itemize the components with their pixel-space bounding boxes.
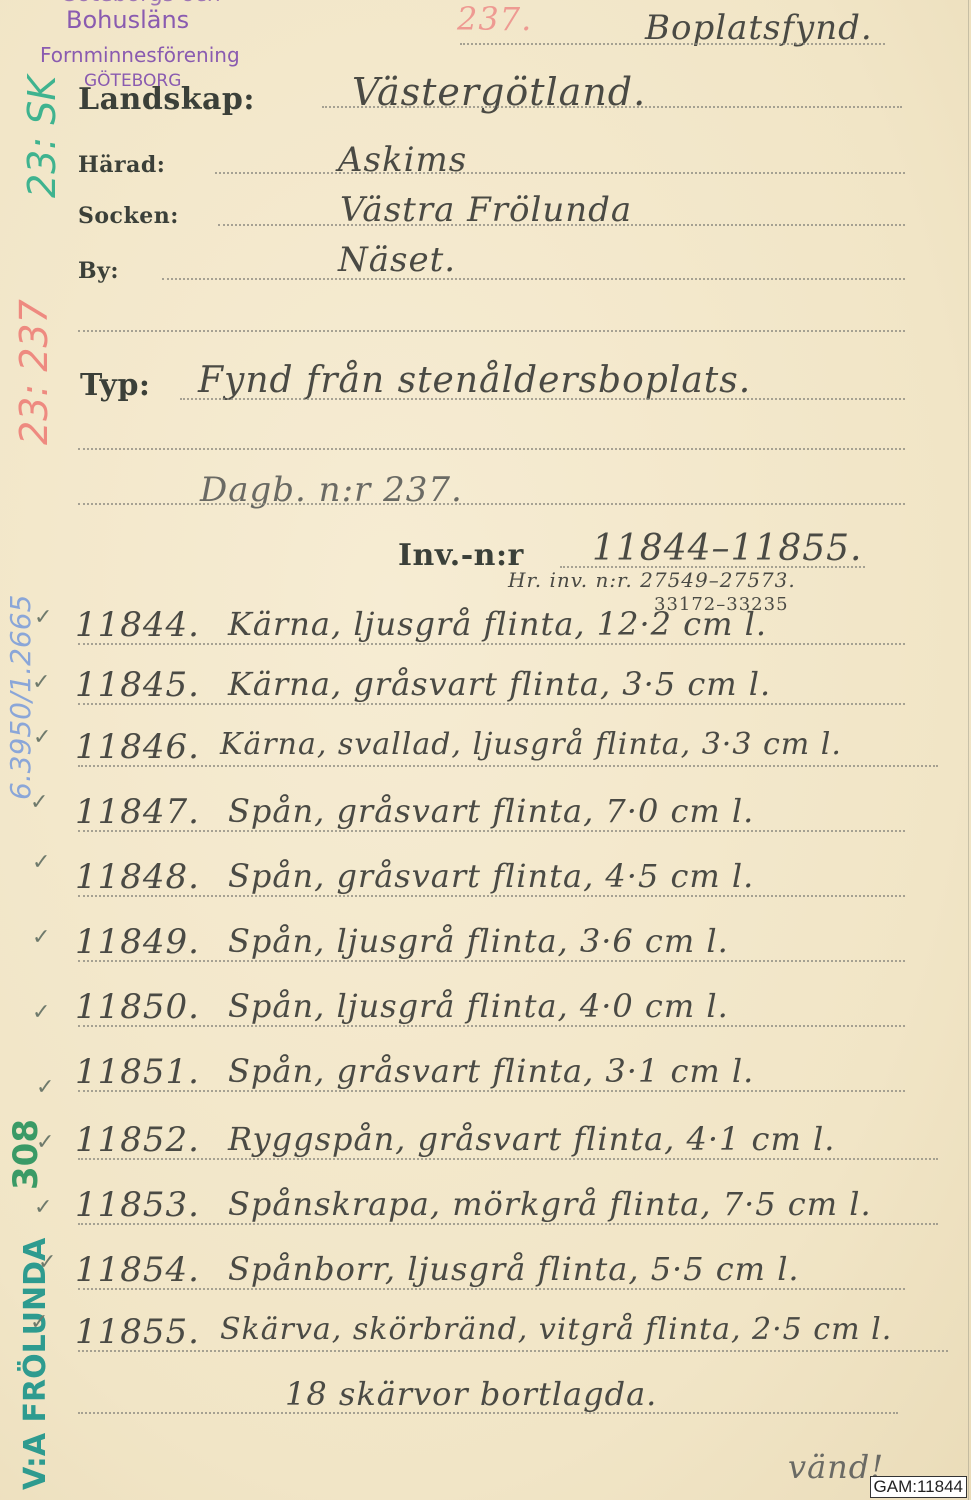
item-number: 11853.	[75, 1185, 200, 1225]
item-number: 11855.	[75, 1312, 200, 1352]
inv-range: 11844–11855.	[592, 528, 863, 569]
item-description: Spån, ljusgrå flinta, 4·0 cm l.	[228, 987, 729, 1025]
item-number: 11845.	[75, 665, 200, 705]
landskap-line	[322, 106, 902, 108]
harad-value: Askims	[338, 140, 467, 180]
item-description: Spånborr, ljusgrå flinta, 5·5 cm l.	[228, 1250, 800, 1288]
margin-green-top: 23: SK	[20, 76, 64, 198]
item-line	[78, 1350, 948, 1352]
item-line	[78, 765, 938, 767]
item-description: Kärna, gråsvart flinta, 3·5 cm l.	[228, 665, 771, 703]
item-number: 11850.	[75, 987, 200, 1027]
secondary-inv-range: Hr. inv. n:r. 27549–27573.	[508, 568, 796, 592]
item-description: Spån, gråsvart flinta, 4·5 cm l.	[228, 857, 754, 895]
item-description: Ryggspån, gråsvart flinta, 4·1 cm l.	[228, 1120, 835, 1158]
item-description: Skärva, skörbränd, vitgrå flinta, 2·5 cm…	[220, 1312, 892, 1347]
footnote-line	[78, 1412, 898, 1414]
red-card-number: 237.	[457, 0, 532, 38]
stamp-line-3: Fornminnesförening	[40, 43, 240, 67]
footnote: 18 skärvor bortlagda.	[285, 1375, 657, 1413]
blank-line-1	[78, 330, 905, 332]
check-mark-icon: ✓	[32, 925, 50, 950]
check-mark-icon: ✓	[32, 670, 50, 695]
item-number: 11846.	[75, 727, 200, 767]
item-line	[78, 703, 905, 705]
harad-line	[215, 172, 905, 174]
check-mark-icon: ✓	[36, 1130, 54, 1155]
by-line	[162, 278, 905, 280]
item-line	[78, 830, 905, 832]
category-line	[460, 43, 885, 45]
socken-label: Socken:	[78, 203, 179, 229]
item-number: 11847.	[75, 792, 200, 832]
catalog-card: Göteborgs och Bohusläns Fornminnesföreni…	[0, 0, 971, 1500]
check-mark-icon: ✓	[34, 1195, 52, 1220]
category-text: Boplatsfynd.	[645, 8, 873, 48]
item-line	[78, 1158, 938, 1160]
check-mark-icon: ✓	[32, 1000, 50, 1025]
dagbok-line	[78, 503, 905, 505]
typ-label: Typ:	[80, 368, 151, 403]
margin-teal-stamp: V:A FRÖLUNDA	[18, 1238, 53, 1490]
by-label: By:	[78, 258, 119, 284]
harad-label: Härad:	[78, 152, 165, 178]
item-number: 11851.	[75, 1052, 200, 1092]
check-mark-icon: ✓	[30, 790, 48, 815]
item-description: Kärna, svallad, ljusgrå flinta, 3·3 cm l…	[220, 727, 842, 762]
landskap-label: Landskap:	[78, 82, 255, 117]
typ-value: Fynd från stenåldersboplats.	[198, 360, 751, 401]
item-description: Spån, ljusgrå flinta, 3·6 cm l.	[228, 922, 729, 960]
item-description: Spån, gråsvart flinta, 7·0 cm l.	[228, 792, 754, 830]
check-mark-icon: ✓	[32, 850, 50, 875]
item-number: 11849.	[75, 922, 200, 962]
card-edge	[968, 0, 969, 1500]
item-description: Spån, gråsvart flinta, 3·1 cm l.	[228, 1052, 754, 1090]
check-mark-icon: ✓	[36, 1075, 54, 1100]
item-number: 11844.	[75, 605, 200, 645]
stamp-line-2: Bohusläns	[66, 6, 189, 34]
item-number: 11852.	[75, 1120, 200, 1160]
typ-line	[180, 398, 905, 400]
margin-blue-number: 6.3950/1.2665	[4, 595, 37, 800]
check-mark-icon: ✓	[30, 1310, 48, 1335]
check-mark-icon: ✓	[33, 725, 51, 750]
item-number: 11848.	[75, 857, 200, 897]
item-line	[78, 1223, 938, 1225]
item-line	[78, 1288, 905, 1290]
check-mark-icon: ✓	[34, 605, 52, 630]
item-line	[78, 895, 905, 897]
item-line	[78, 643, 905, 645]
item-description: Spånskrapa, mörkgrå flinta, 7·5 cm l.	[228, 1185, 872, 1223]
socken-line	[218, 224, 905, 226]
blank-line-2	[78, 448, 905, 450]
item-line	[78, 1025, 905, 1027]
margin-red-number: 23: 237	[12, 299, 56, 445]
check-mark-icon: ✓	[38, 1250, 56, 1275]
gam-id-label: GAM:11844	[870, 1476, 967, 1498]
item-description: Kärna, ljusgrå flinta, 12·2 cm l.	[228, 605, 767, 643]
item-line	[78, 960, 905, 962]
item-number: 11854.	[75, 1250, 200, 1290]
by-value: Näset.	[338, 240, 456, 280]
item-line	[78, 1090, 905, 1092]
inv-label: Inv.-n:r	[398, 538, 524, 573]
